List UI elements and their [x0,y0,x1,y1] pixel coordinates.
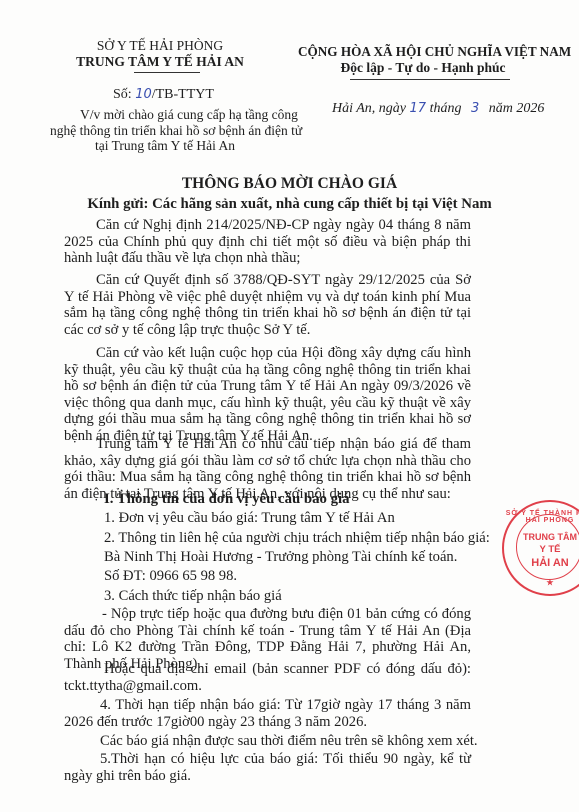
motto-underline [350,79,510,80]
method-email: Hoặc qua địa chỉ email (bản scanner PDF … [64,661,471,694]
official-stamp: SỞ Y TẾ THÀNH PHỐ HẢI PHÒNG TRUNG TÂM Y … [502,500,579,596]
nation-title: CỘNG HÒA XÃ HỘI CHỦ NGHĨA VIỆT NAM [298,44,571,60]
item-2: 2. Thông tin liên hệ của người chịu trác… [104,530,490,547]
contact-phone: Số ĐT: 0966 65 98 98. [104,568,237,585]
legal-basis-3: Căn cứ vào kết luận cuộc họp của Hội đồn… [64,345,471,444]
handwritten-day: 17 [410,101,427,116]
unit-underline [134,72,200,73]
late-note: Các báo giá nhận được sau thời điểm nêu … [100,733,478,750]
document-title: THÔNG BÁO MỜI CHÀO GIÁ [0,175,579,193]
issue-date: Hải An, ngày 17 tháng 3 năm 2026 [332,101,544,117]
item-1: 1. Đơn vị yêu cầu báo giá: Trung tâm Y t… [104,510,395,527]
agency-name: SỞ Y TẾ HẢI PHÒNG [60,38,260,54]
unit-name: TRUNG TÂM Y TẾ HẢI AN [60,54,260,70]
legal-basis-2: Căn cứ Quyết định số 3788/QĐ-SYT ngày 29… [64,272,471,338]
recipient-line: Kính gửi: Các hãng sản xuất, nhà cung cấ… [0,196,579,213]
contact-person: Bà Ninh Thị Hoài Hương - Trưởng phòng Tà… [104,549,457,566]
document-subject: V/v mời chào giá cung cấp hạ tầng công n… [50,107,280,154]
section-1-heading: I. Thông tin của đơn vị yêu cầu báo giá [104,491,350,508]
document-number: Số: 10/TB-TTYT [113,87,214,103]
legal-basis-1: Căn cứ Nghị định 214/2025/NĐ-CP ngày ngà… [64,217,471,267]
item-3: 3. Cách thức tiếp nhận báo giá [104,588,282,605]
item-4: 4. Thời hạn tiếp nhận báo giá: Từ 17giờ … [64,697,471,730]
item-5: 5.Thời hạn có hiệu lực của báo giá: Tối … [64,751,471,784]
national-motto: Độc lập - Tự do - Hạnh phúc [298,60,548,76]
stamp-star-icon: ★ [504,578,579,587]
handwritten-number: 10 [135,87,152,102]
handwritten-month: 3 [471,101,479,116]
stamp-ring-text: SỞ Y TẾ THÀNH PHỐ HẢI PHÒNG [504,510,579,524]
